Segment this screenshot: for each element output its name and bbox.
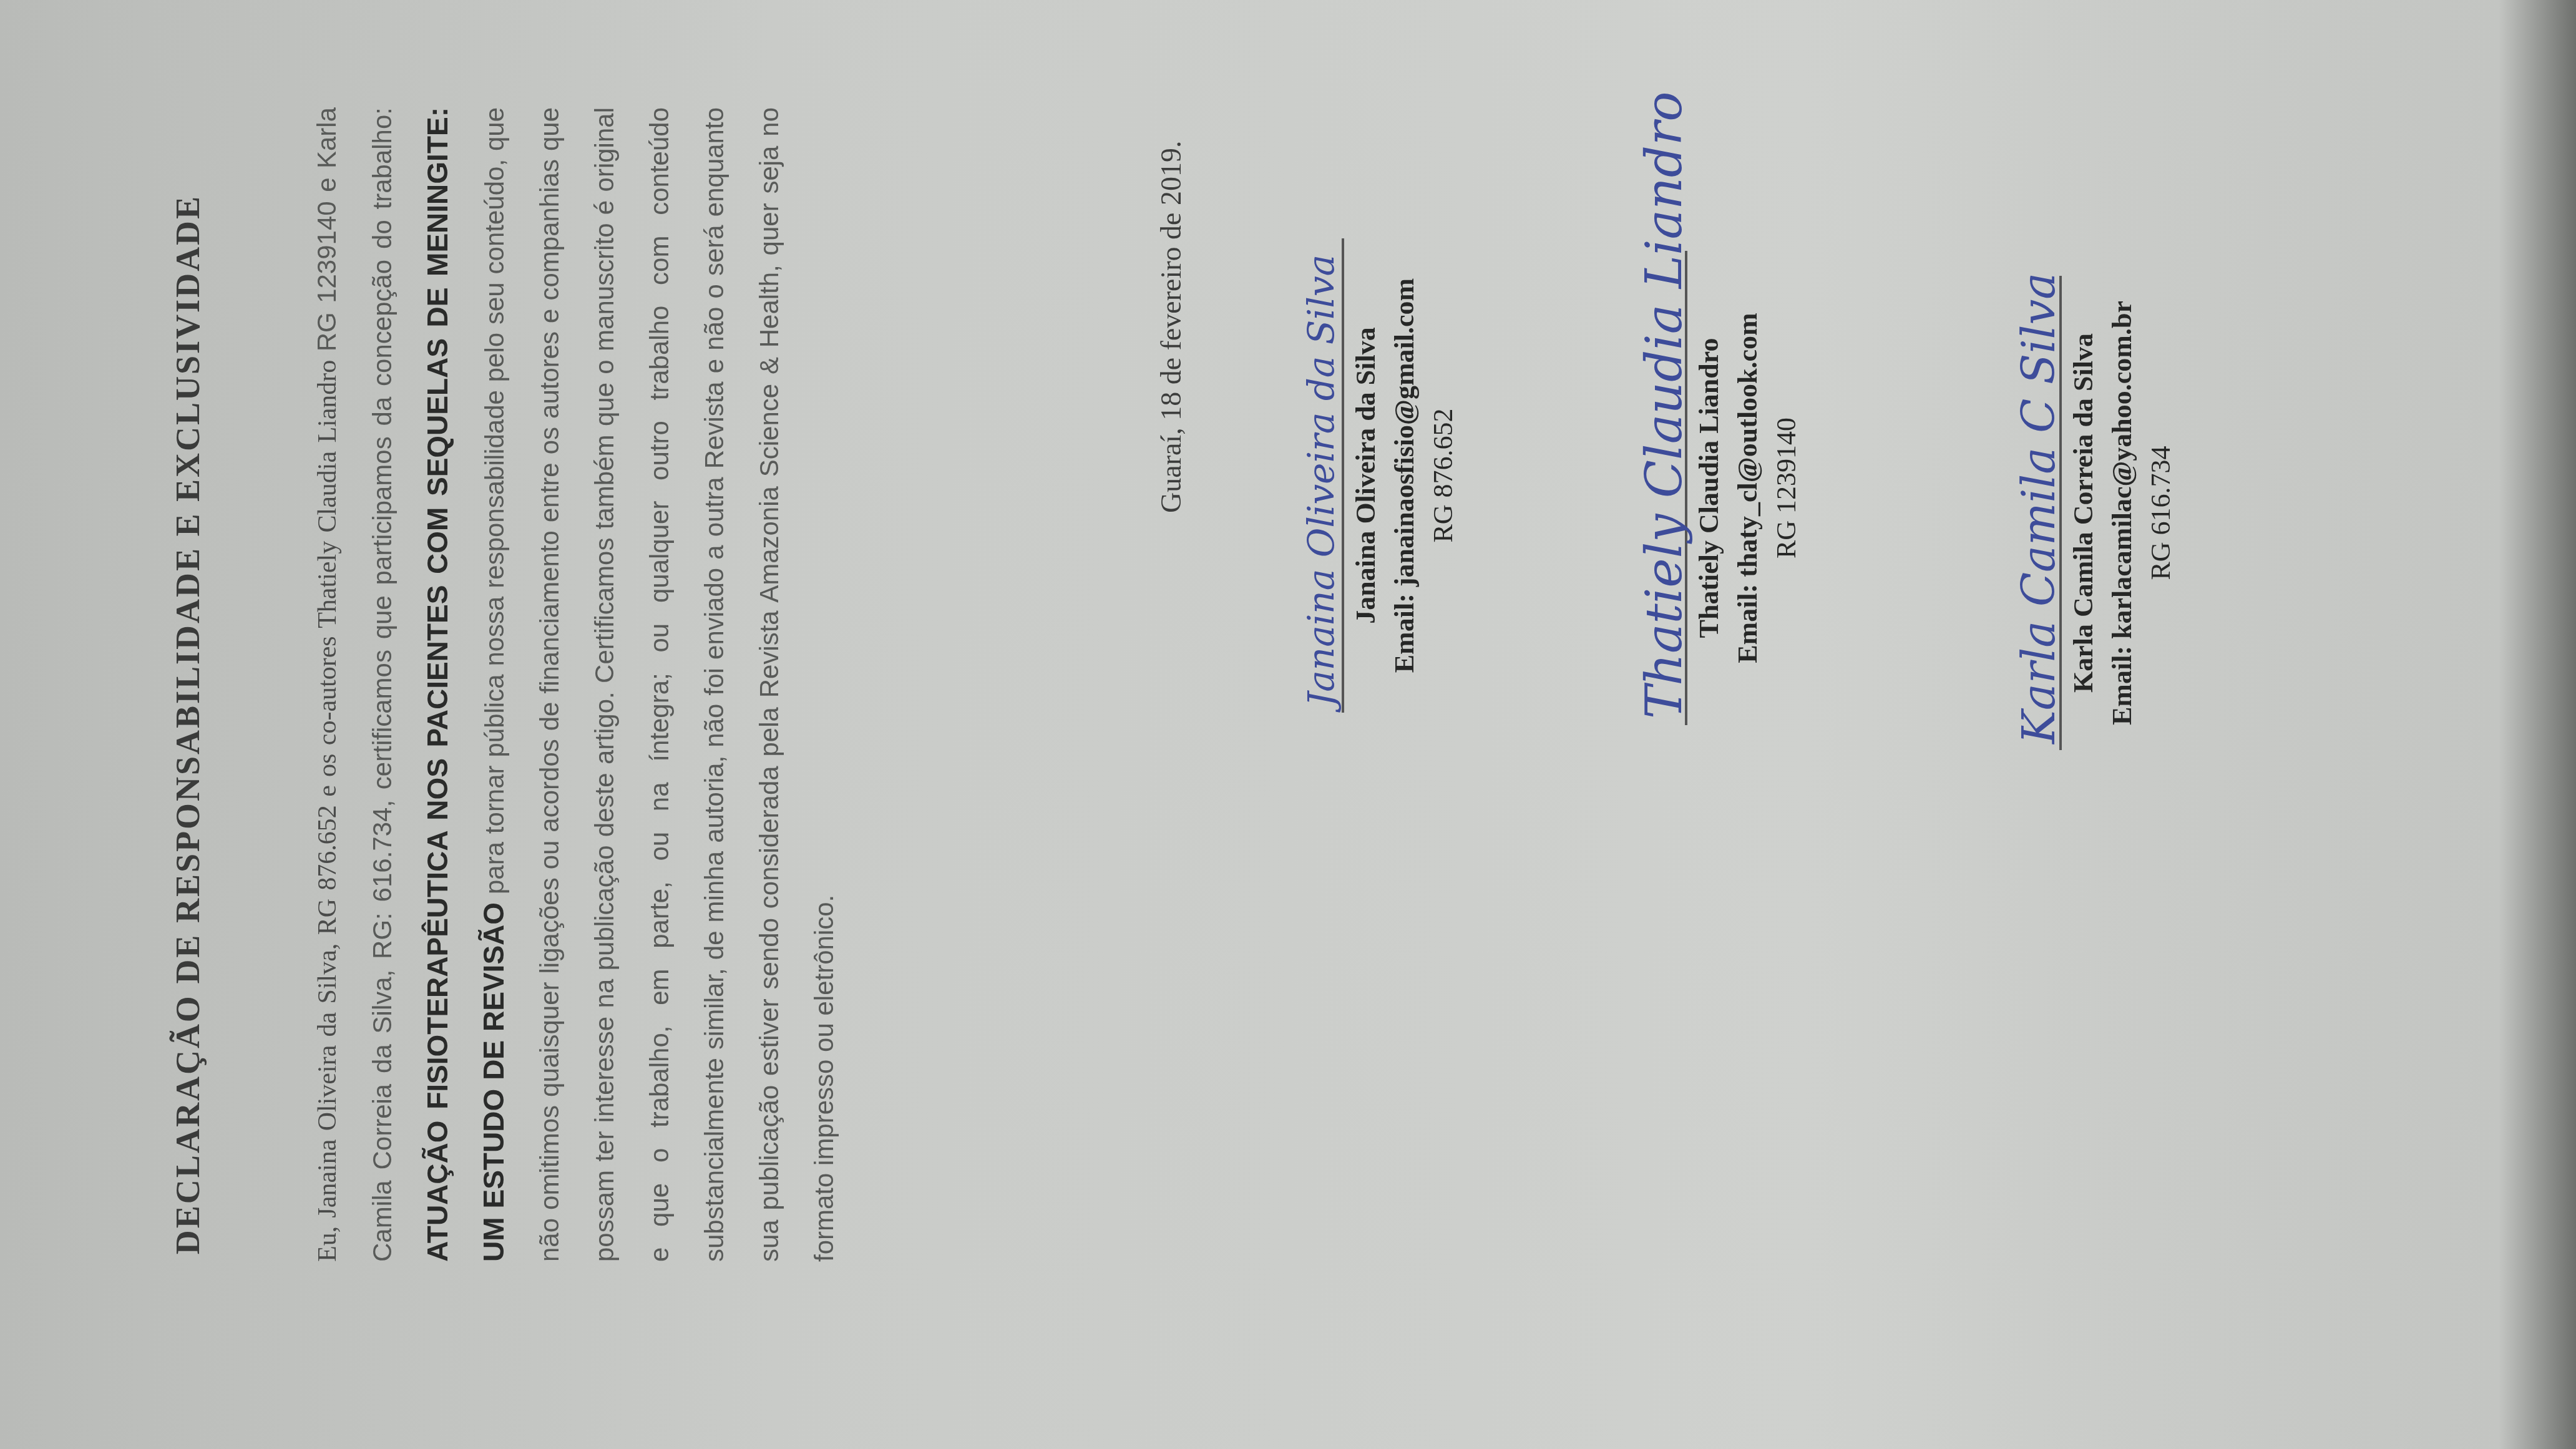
signature-block-3: Karla Camila C Silva Karla Camila Correi… [2059,276,2180,750]
place-date: Guaraí, 18 de fevereiro de 2019. [1154,141,1188,513]
signatory-name: Thatiely Claudia Liandro [1690,251,1729,725]
handwritten-signature: Thatiely Claudia Liandro [1645,92,1684,719]
signature-block-2: Thatiely Claudia Liandro Thatiely Claudi… [1685,251,1806,725]
signature-block-1: Janaina Oliveira da Silva Janaina Olivei… [1342,238,1463,713]
signatory-email: Email: karlacamilac@yahoo.com.br [2103,276,2142,750]
signatory-email: Email: thaty_cl@outlook.com [1729,251,1767,725]
signatory-rg: RG 616.734 [2142,276,2180,750]
declaration-paragraph: Eu, Janaina Oliveira da Silva, RG 876.65… [300,107,852,1262]
paragraph-lead: Eu, Janaina Oliveira da Silva, RG 876.65… [313,351,342,1262]
signature-line: Karla Camila C Silva [2059,276,2062,750]
document-page: DECLARAÇÃO DE RESPONSABILIDADE E EXCLUSI… [0,0,2534,1449]
signature-line: Thatiely Claudia Liandro [1685,251,1687,725]
paragraph-part2: para tornar pública nossa responsabilida… [480,107,839,1262]
signature-line: Janaina Oliveira da Silva [1342,238,1344,713]
handwritten-signature: Karla Camila C Silva [2019,273,2058,744]
signatory-rg: RG 1239140 [1767,251,1806,725]
signatory-rg: RG 876.652 [1424,238,1463,713]
signatory-email: Email: janainaosfisio@gmail.com [1385,238,1424,713]
signatory-name: Janaina Oliveira da Silva [1347,238,1385,713]
handwritten-signature: Janaina Oliveira da Silva [1302,255,1340,706]
signatory-name: Karla Camila Correia da Silva [2064,276,2103,750]
document-title: DECLARAÇÃO DE RESPONSABILIDADE E EXCLUSI… [168,0,207,1449]
